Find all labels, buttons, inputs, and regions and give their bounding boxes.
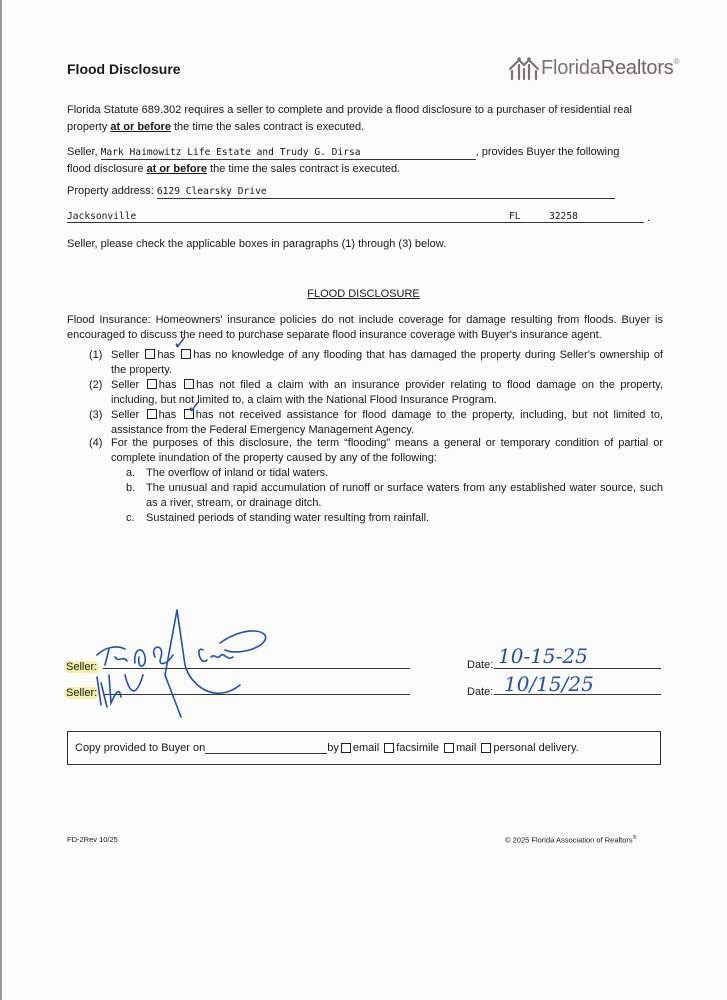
facsimile-checkbox[interactable]: [384, 743, 394, 753]
copyright: © 2025 Florida Association of Realtors®: [505, 835, 636, 845]
instruction-text: Seller, please check the applicable boxe…: [67, 236, 446, 253]
city-field[interactable]: Jacksonville: [67, 208, 136, 225]
date-label-1: Date:: [467, 657, 493, 674]
logo-text-realtors: Realtors: [601, 57, 674, 79]
form-id: FD-2Rev 10/25: [67, 835, 118, 844]
intro-paragraph: Florida Statute 689.302 requires a selle…: [67, 102, 667, 136]
has-not-checkbox-2[interactable]: [184, 379, 194, 389]
state-field[interactable]: FL: [509, 208, 521, 225]
handwritten-checkmark-icon: ✓: [187, 400, 202, 415]
logo-text-florida: Florida: [541, 57, 601, 79]
date-label-2: Date:: [467, 684, 493, 701]
street-field[interactable]: 6129 Clearsky Drive: [157, 185, 615, 199]
seller-label-2: Seller:: [64, 685, 99, 702]
florida-realtors-logo: FloridaRealtors®: [507, 55, 679, 81]
handwritten-signature: [95, 605, 295, 720]
seller-statement: Seller, Mark Haimowitz Life Estate and T…: [67, 144, 667, 178]
zip-field[interactable]: 32258: [549, 208, 578, 225]
copy-date-field[interactable]: [205, 742, 327, 754]
seller-label-1: Seller:: [64, 659, 99, 676]
page-edge: [0, 0, 2, 1000]
seller-name-field[interactable]: Mark Haimowitz Life Estate and Trudy G. …: [101, 146, 476, 160]
emphasis-at-or-before: at or before: [110, 121, 171, 133]
page-title: Flood Disclosure: [67, 61, 181, 77]
date-line-1[interactable]: [494, 668, 661, 669]
handwritten-date-1: 10-15-25: [498, 644, 588, 668]
has-checkbox-1[interactable]: [145, 349, 155, 359]
city-state-zip-row: Jacksonville FL 32258 .: [67, 208, 667, 224]
email-checkbox[interactable]: [341, 743, 351, 753]
copy-provided-box: Copy provided to Buyer on by email facsi…: [67, 731, 661, 765]
has-checkbox-3[interactable]: [147, 409, 157, 419]
flood-insurance-note: Flood Insurance: Homeowners' insurance p…: [67, 313, 663, 343]
mail-checkbox[interactable]: [444, 743, 454, 753]
family-house-icon: [507, 55, 541, 81]
section-heading: FLOOD DISCLOSURE: [0, 288, 727, 300]
personal-delivery-checkbox[interactable]: [481, 743, 491, 753]
has-checkbox-2[interactable]: [147, 379, 157, 389]
property-address-row: Property address: 6129 Clearsky Drive: [67, 183, 667, 200]
handwritten-checkmark-icon: ✓: [173, 336, 188, 351]
handwritten-date-2: 10/15/25: [504, 672, 594, 696]
